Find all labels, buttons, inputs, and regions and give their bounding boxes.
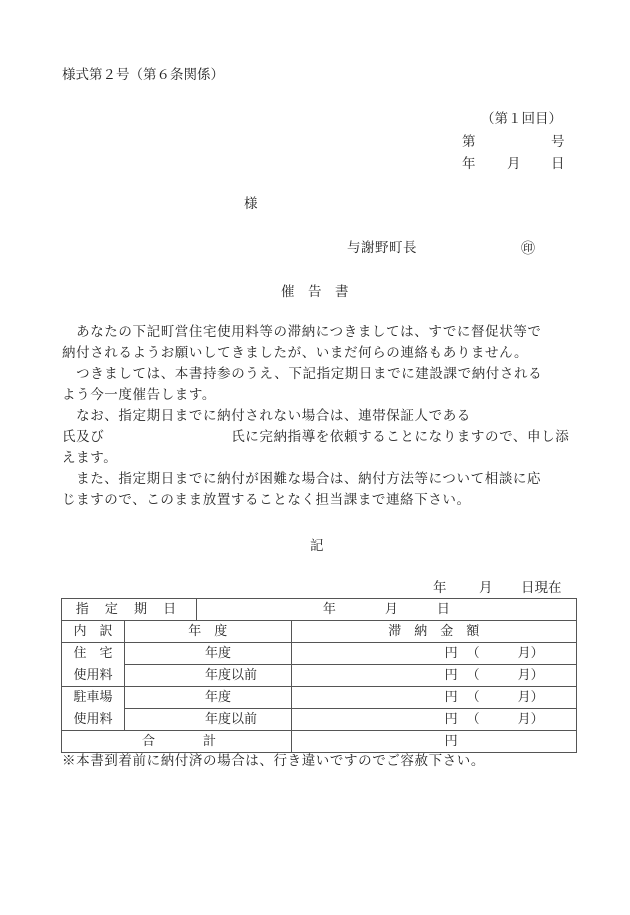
body-line: よう今一度催告します。 [62, 385, 582, 406]
table-row: 使用料 年度以前 円 （ 月） [62, 709, 577, 731]
due-date-row: 指 定 期 日 年 月 日 [62, 599, 577, 621]
total-amount: 円 [291, 731, 576, 753]
sender-title: 与謝野町長 [347, 242, 417, 256]
number-suffix: 号 [551, 136, 565, 150]
as-of-month: 月 [479, 582, 493, 596]
body-line: また、指定期日までに納付が困難な場合は、納付方法等について相談に応 [62, 469, 582, 490]
total-label: 合 計 [62, 731, 292, 753]
amount-cell: 円 （ 月） [291, 643, 576, 665]
date-month: 月 [507, 158, 521, 172]
number-prefix: 第 [462, 136, 476, 150]
group-label-housing-line2: 使用料 [62, 665, 125, 687]
body-line: じますので、このまま放置することなく担当課まで連絡下さい。 [62, 490, 582, 511]
period: 年度 [205, 643, 231, 664]
arrears-table: 指 定 期 日 年 月 日 内 訳 年 度 滞 納 金 額 住 宅 年度 円 （… [61, 598, 577, 753]
ki-label: 記 [310, 540, 324, 554]
header-fiscal-year: 年 度 [124, 621, 291, 643]
as-of-year: 年 [433, 582, 447, 596]
body-line: 納付されるようお願いしてきましたが、いまだ何らの連絡もありません。 [62, 343, 582, 364]
header-amount: 滞 納 金 額 [291, 621, 576, 643]
date-day: 日 [551, 158, 565, 172]
table-row: 使用料 年度以前 円 （ 月） [62, 665, 577, 687]
group-label-parking-line1: 駐車場 [62, 687, 125, 709]
body-line: あなたの下記町営住宅使用料等の滞納につきましては、すでに督促状等で [62, 322, 582, 343]
table-row: 駐車場 年度 円 （ 月） [62, 687, 577, 709]
body-text: あなたの下記町営住宅使用料等の滞納につきましては、すでに督促状等で 納付されるよ… [62, 322, 582, 511]
amount-cell: 円 （ 月） [291, 687, 576, 709]
body-line: なお、指定期日までに納付されない場合は、連帯保証人である [62, 406, 582, 427]
document-title: 催 告 書 [281, 286, 349, 300]
header-row: 内 訳 年 度 滞 納 金 額 [62, 621, 577, 643]
header-breakdown: 内 訳 [62, 621, 125, 643]
period: 年度以前 [205, 709, 257, 730]
period: 年度 [205, 687, 231, 708]
due-date-value: 年 月 日 [196, 599, 576, 621]
footnote: ※本書到着前に納付済の場合は、行き違いですのでご容赦下さい。 [62, 755, 485, 769]
group-label-parking-line2: 使用料 [62, 709, 125, 731]
body-line: えます。 [62, 448, 582, 469]
amount-cell: 円 （ 月） [291, 709, 576, 731]
group-label-housing-line1: 住 宅 [62, 643, 125, 665]
seal-icon: ㊞ [521, 242, 535, 256]
date-year: 年 [462, 158, 476, 172]
total-row: 合 計 円 [62, 731, 577, 753]
addressee-suffix: 様 [244, 198, 258, 212]
table-row: 住 宅 年度 円 （ 月） [62, 643, 577, 665]
due-date-label: 指 定 期 日 [62, 599, 197, 621]
as-of-day: 日現在 [521, 582, 562, 596]
notice-count: （第１回目） [481, 113, 562, 127]
body-line: 氏及び 氏に完納指導を依頼することになりますので、申し添 [62, 427, 582, 448]
amount-cell: 円 （ 月） [291, 665, 576, 687]
body-line: つきましては、本書持参のうえ、下記指定期日までに建設課で納付される [62, 364, 582, 385]
form-label: 様式第２号（第６条関係） [62, 69, 224, 83]
period: 年度以前 [205, 665, 257, 686]
